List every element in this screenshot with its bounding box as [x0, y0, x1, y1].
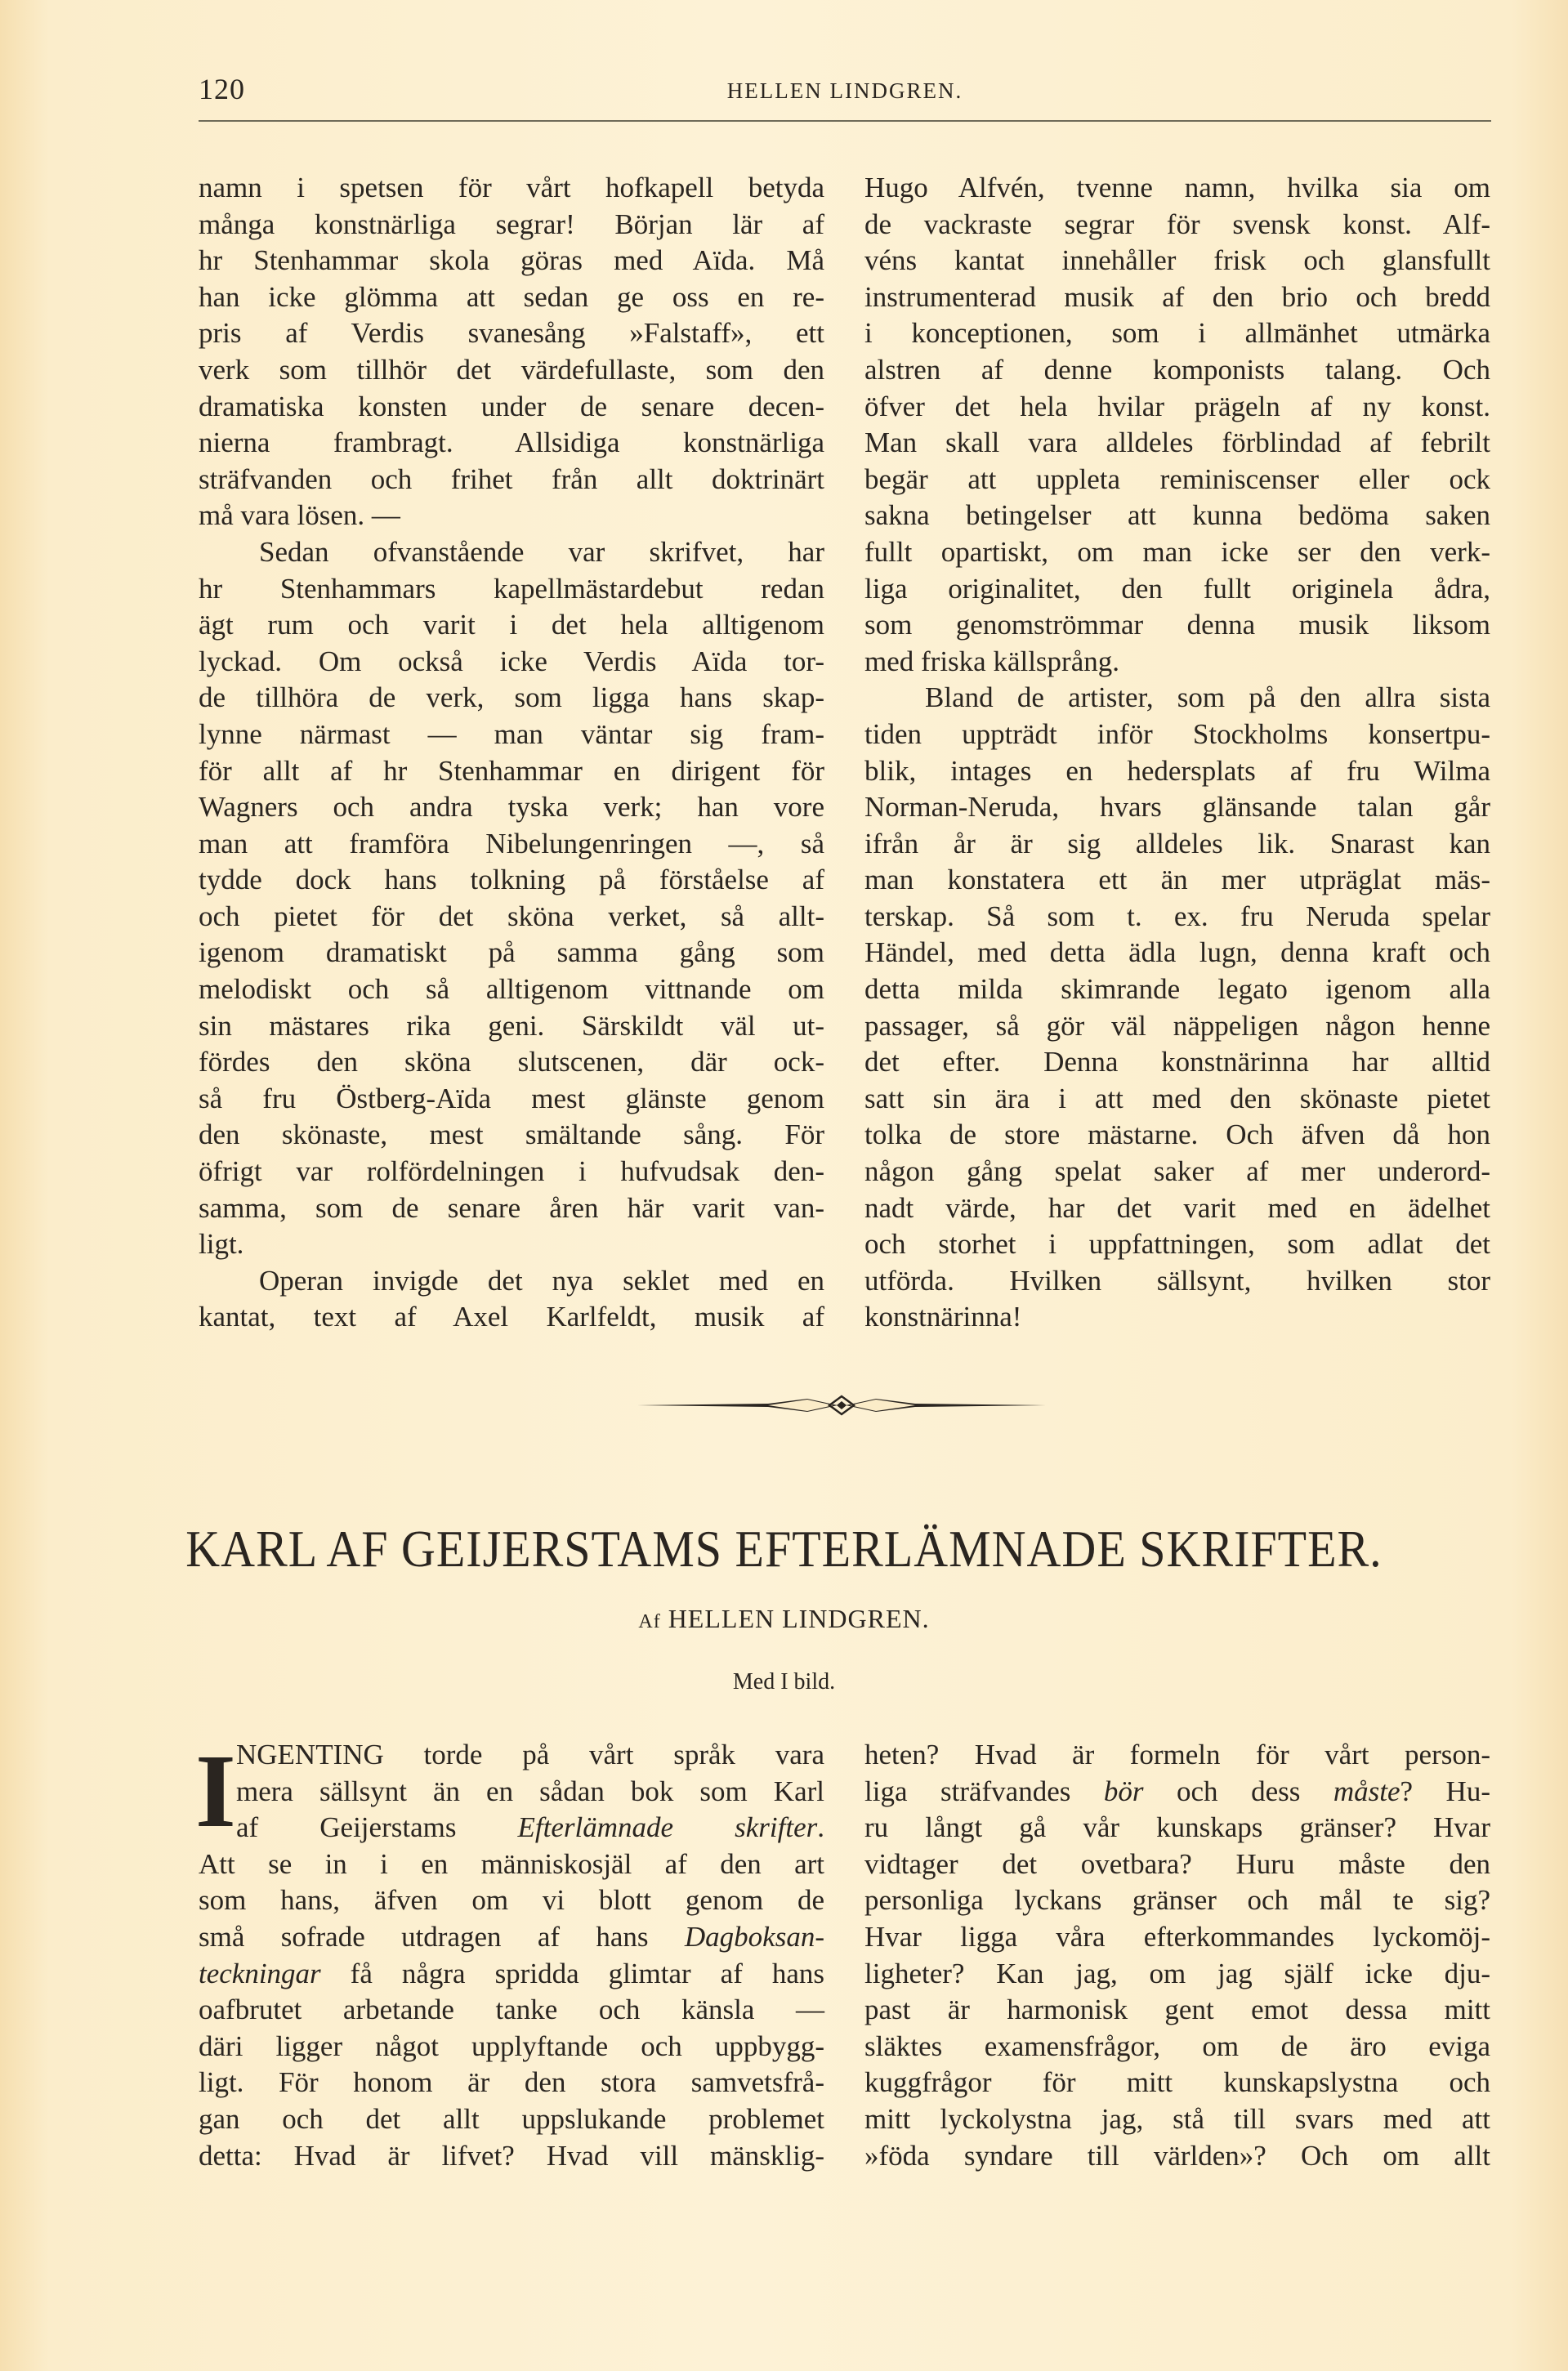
text-line: sin mästares rika geni. Särskildt väl ut…: [199, 1008, 824, 1045]
text-line: lyckad. Om också icke Verdis Aïda tor-: [199, 644, 824, 681]
text-line: de vackraste segrar för svensk konst. Al…: [864, 207, 1490, 243]
text-line: sträfvanden och frihet från allt doktrin…: [199, 462, 824, 498]
text-line: namn i spetsen för vårt hofkapell betyda: [199, 170, 824, 207]
text-line: ägt rum och varit i det hela alltigenom: [199, 607, 824, 644]
text-line: den skönaste, mest smältande sång. För: [199, 1117, 824, 1154]
text-line: man att framföra Nibelungenringen —, så: [199, 826, 824, 863]
text-line: han icke glömma att sedan ge oss en re-: [199, 279, 824, 316]
text-line: tolka de store mästarne. Och äfven då ho…: [864, 1117, 1490, 1154]
text-line: satt sin ära i att med den skönaste piet…: [864, 1081, 1490, 1118]
text-line: ligt. För honom är den stora samvetsfrå-: [199, 2065, 824, 2101]
text-line: ligheter? Kan jag, om jag själf icke dju…: [864, 1956, 1490, 1993]
text-line: sakna betingelser att kunna bedöma saken: [864, 498, 1490, 534]
text-line: man konstatera ett än mer utpräglat mäs-: [864, 862, 1490, 899]
text-line: véns kantat innehåller frisk och glansfu…: [864, 243, 1490, 279]
byline: Af HELLEN LINDGREN.: [0, 1604, 1568, 1634]
text-line: med friska källsprång.: [864, 644, 1490, 681]
text-line: verk som tillhör det värdefullaste, som …: [199, 352, 824, 389]
text-line: Sedan ofvanstående var skrifvet, har: [199, 534, 824, 571]
figure-note: Med I bild.: [0, 1669, 1568, 1695]
text-line: mera sällsynt än en sådan bok som Karl: [199, 1774, 824, 1811]
header-rule: [199, 120, 1491, 122]
text-line: »föda syndare till världen»? Och om allt: [864, 2138, 1490, 2175]
text-line: Norman-Neruda, hvars glänsande talan går: [864, 789, 1490, 826]
text-line: som hans, äfven om vi blott genom de: [199, 1882, 824, 1919]
text-line: liga originalitet, den fullt originela å…: [864, 571, 1490, 608]
text-line: mitt lyckolystna jag, stå till svars med…: [864, 2101, 1490, 2138]
text-line: och storhet i uppfattningen, som adlat d…: [864, 1226, 1490, 1263]
text-line: Bland de artister, som på den allra sist…: [864, 680, 1490, 717]
text-line: må vara lösen. —: [199, 498, 824, 534]
text-line: som genomströmmar denna musik liksom: [864, 607, 1490, 644]
text-line: oafbrutet arbetande tanke och känsla —: [199, 1992, 824, 2029]
article-left-column: I NGENTING torde på vårt språk varamera …: [199, 1737, 824, 2174]
top-left-column: namn i spetsen för vårt hofkapell betyda…: [199, 170, 824, 1336]
byline-author: HELLEN LINDGREN.: [668, 1604, 930, 1633]
text-line: alstren af denne komponists talang. Och: [864, 352, 1490, 389]
text-line: fullt opartiskt, om man icke ser den ver…: [864, 534, 1490, 571]
text-line: melodiskt och så alltigenom vittnande om: [199, 971, 824, 1008]
text-line: släktes examensfrågor, om de äro eviga: [864, 2029, 1490, 2065]
text-line: terskap. Så som t. ex. fru Neruda spelar: [864, 899, 1490, 935]
text-line: tiden uppträdt inför Stockholms konsertp…: [864, 717, 1490, 753]
text-line: dramatiska konsten under de senare decen…: [199, 389, 824, 426]
text-line: liga sträfvandes bör och dess måste? Hu-: [864, 1774, 1490, 1811]
text-line: öfver det hela hvilar prägeln af ny kons…: [864, 389, 1490, 426]
text-line: Hvar ligga våra efterkommandes lyckomöj-: [864, 1919, 1490, 1956]
page-header: 120 HELLEN LINDGREN.: [199, 72, 1491, 113]
text-line: pris af Verdis svanesång »Falstaff», ett: [199, 315, 824, 352]
byline-prefix: Af: [638, 1611, 660, 1632]
text-line: det efter. Denna konstnärinna har alltid: [864, 1044, 1490, 1081]
text-line: kuggfrågor för mitt kunskapslystna och: [864, 2065, 1490, 2101]
text-line: samma, som de senare åren här varit van-: [199, 1190, 824, 1227]
text-line: blik, intages en hedersplats af fru Wilm…: [864, 753, 1490, 790]
diamond-rule-ornament-icon: [637, 1389, 1046, 1422]
running-head: HELLEN LINDGREN.: [199, 78, 1491, 104]
text-line: nadt värde, har det varit med en ädelhet: [864, 1190, 1490, 1227]
article-title: KARL AF GEIJERSTAMS EFTERLÄMNADE SKRIFTE…: [0, 1519, 1568, 1579]
text-line: begär att uppleta reminiscenser eller oc…: [864, 462, 1490, 498]
text-line: däri ligger något upplyftande och uppbyg…: [199, 2029, 824, 2065]
text-line: Händel, med detta ädla lugn, denna kraft…: [864, 935, 1490, 971]
text-line: Att se in i en människosjäl af den art: [199, 1846, 824, 1883]
text-line: kantat, text af Axel Karlfeldt, musik af: [199, 1299, 824, 1336]
text-line: NGENTING torde på vårt språk vara: [199, 1737, 824, 1774]
text-line: Hugo Alfvén, tvenne namn, hvilka sia om: [864, 170, 1490, 207]
text-line: så fru Östberg-Aïda mest glänste genom: [199, 1081, 824, 1118]
article-right-column: heten? Hvad är formeln för vårt person-l…: [864, 1737, 1490, 2174]
text-line: öfrigt var rolfördelningen i hufvudsak d…: [199, 1154, 824, 1190]
text-line: ifrån år är sig alldeles lik. Snarast ka…: [864, 826, 1490, 863]
text-line: hr Stenhammars kapellmästardebut redan: [199, 571, 824, 608]
text-line: hr Stenhammar skola göras med Aïda. Må: [199, 243, 824, 279]
text-line: små sofrade utdragen af hans Dagboksan-: [199, 1919, 824, 1956]
text-line: vidtager det ovetbara? Huru måste den: [864, 1846, 1490, 1883]
text-line: konstnärinna!: [864, 1299, 1490, 1336]
text-line: tydde dock hans tolkning på förståelse a…: [199, 862, 824, 899]
text-line: nierna frambragt. Allsidiga konstnärliga: [199, 425, 824, 462]
text-line: af Geijerstams Efterlämnade skrifter.: [199, 1810, 824, 1846]
top-right-column: Hugo Alfvén, tvenne namn, hvilka sia omd…: [864, 170, 1490, 1336]
text-line: lynne närmast — man väntar sig fram-: [199, 717, 824, 753]
text-line: instrumenterad musik af den brio och bre…: [864, 279, 1490, 316]
text-line: Wagners och andra tyska verk; han vore: [199, 789, 824, 826]
text-line: ligt.: [199, 1226, 824, 1263]
text-line: någon gång spelat saker af mer underord-: [864, 1154, 1490, 1190]
text-line: teckningar få några spridda glimtar af h…: [199, 1956, 824, 1993]
text-line: Man skall vara alldeles förblindad af fe…: [864, 425, 1490, 462]
text-line: fördes den sköna slutscenen, där ock-: [199, 1044, 824, 1081]
text-line: många konstnärliga segrar! Början lär af: [199, 207, 824, 243]
text-line: de tillhöra de verk, som ligga hans skap…: [199, 680, 824, 717]
text-line: utförda. Hvilken sällsynt, hvilken stor: [864, 1263, 1490, 1300]
text-line: passager, så gör väl näppeligen någon he…: [864, 1008, 1490, 1045]
text-line: past är harmonisk gent emot dessa mitt: [864, 1992, 1490, 2029]
drop-cap: I: [195, 1742, 236, 1840]
text-line: gan och det allt uppslukande problemet: [199, 2101, 824, 2138]
text-line: heten? Hvad är formeln för vårt person-: [864, 1737, 1490, 1774]
text-line: personliga lyckans gränser och mål te si…: [864, 1882, 1490, 1919]
text-line: detta milda skimrande legato igenom alla: [864, 971, 1490, 1008]
text-line: detta: Hvad är lifvet? Hvad vill mänskli…: [199, 2138, 824, 2175]
text-line: och pietet för det sköna verket, så allt…: [199, 899, 824, 935]
text-line: Operan invigde det nya seklet med en: [199, 1263, 824, 1300]
text-line: för allt af hr Stenhammar en dirigent fö…: [199, 753, 824, 790]
text-line: igenom dramatiskt på samma gång som: [199, 935, 824, 971]
text-line: ru långt gå vår kunskaps gränser? Hvar: [864, 1810, 1490, 1846]
text-line: i konceptionen, som i allmänhet utmärka: [864, 315, 1490, 352]
